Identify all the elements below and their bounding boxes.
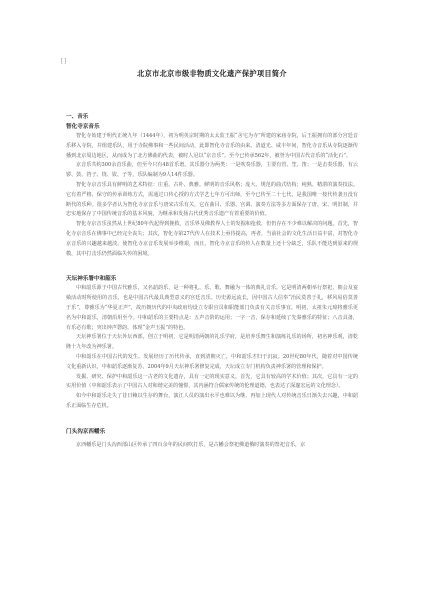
paragraph: 天坛神乐署位于天坛外坛西部，创立于明初，它是明清两朝的礼乐学府，是培养乐舞生和演… <box>66 333 358 353</box>
paragraph: 京音乐共约300余首乐曲，但至今只有48首乐谱。其乐器分为两类：一是吹奏乐器，主… <box>66 161 358 181</box>
paragraph: 智化寺京音乐虽然从上世纪80年代起得到挽救，音乐界及佛教界人士的发掘和抢救，但仍… <box>66 220 358 259</box>
section-heading-music: 一、音乐 <box>66 113 358 122</box>
paragraph: 中和韶乐源于中国古代雅乐，又名韶韵乐，是一种将礼、乐、歌、舞融为一体的典礼音乐。… <box>66 284 358 333</box>
paragraph: 中和韶乐在中国古代的发生、发展经历了历代传承，直到清朝灭亡，中和韶乐才归于沉寂。… <box>66 353 358 373</box>
bullet-marker: [] <box>60 58 67 65</box>
paragraph: 如今中和韶乐走失了昔日赖以生存的舞台，演江人员的演出水平也难以为继，再加上现代人… <box>66 392 358 412</box>
paragraph: 京西幡乐是门头沟西部山区传承了四百余年的民间吹打乐，是古幡会祭祀佛道俄时演奏的祭… <box>66 441 358 451</box>
paragraph: 智化寺始建于明代正统九年（1444年），初为明英宗时期的太太监王振“舍宅为寺”所… <box>66 132 358 161</box>
subsection-title-jingxi: 门头沟京西幡乐 <box>66 427 358 437</box>
subsection-title-tiantan: 天坛神乐署中和韶乐 <box>66 274 358 284</box>
document-page: [] 北京市北京市级非物质文化遗产保护项目简介 一、音乐 智化寺京音乐 智化寺始… <box>0 0 424 600</box>
paragraph: 发掘、研究、保护中和韶乐这一古老的文化遗存，具有一定的现实意义。首先，它具有较高… <box>66 373 358 393</box>
document-body: 一、音乐 智化寺京音乐 智化寺始建于明代正统九年（1444年），初为明英宗时期的… <box>66 113 358 451</box>
spacer <box>66 259 358 274</box>
document-title: 北京市北京市级非物质文化遗产保护项目简介 <box>0 69 424 79</box>
subsection-title-zhihuasi: 智化寺京音乐 <box>66 122 358 132</box>
paragraph: 智化寺京音乐具有鲜明的艺术特征：庄重、古朴、典雅，鲜明的音乐风格；庞大、规范的曲… <box>66 181 358 220</box>
spacer <box>66 412 358 427</box>
